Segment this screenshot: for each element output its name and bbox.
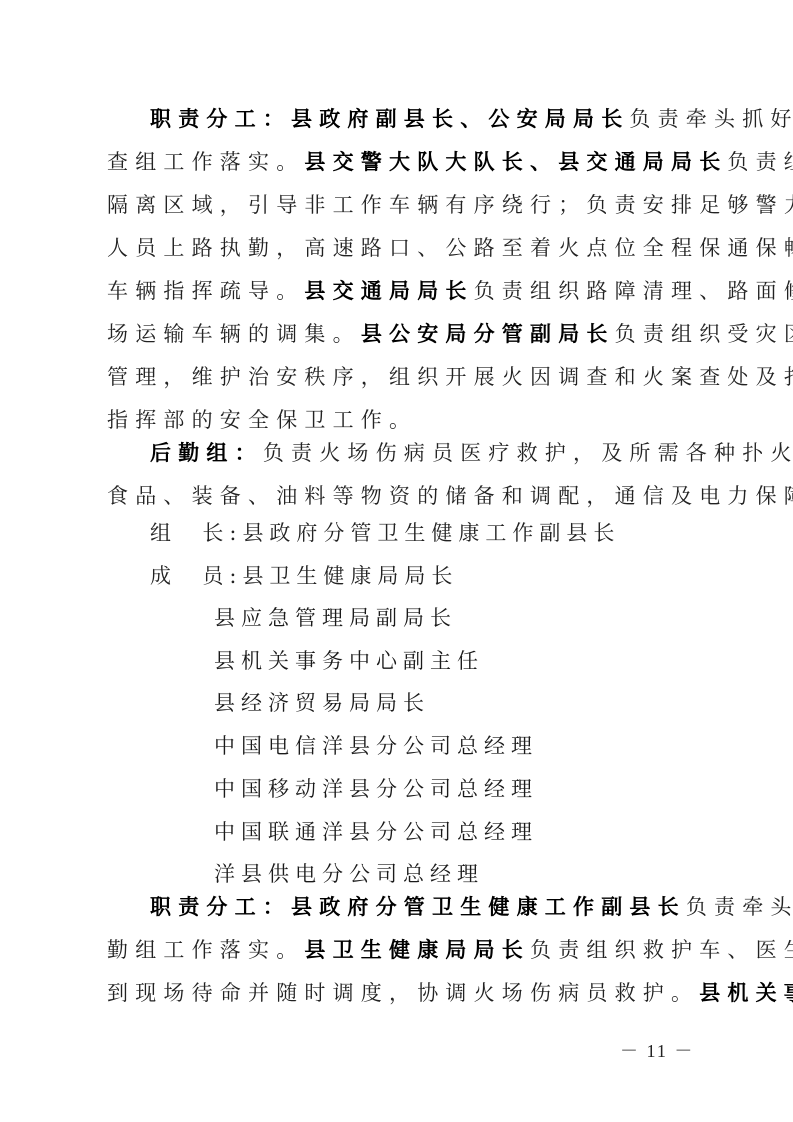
paragraph-line: 人员上路执勤，高速路口、公路至着火点位全程保通保畅，全程 xyxy=(107,235,793,261)
member-item: 县经济贸易局局长 xyxy=(214,690,430,716)
paragraph-line: 职责分工：县政府副县长、公安局局长负责牵头抓好交通调 xyxy=(150,106,793,132)
paragraph-line: 管理，维护治安秩序，组织开展火因调查和火案查处及扑火前线 xyxy=(107,364,793,390)
paragraph-line: 查组工作落实。县交警大队大队长、县交通局局长负责组织设立 xyxy=(107,149,793,175)
bold-text: 职责分工：县政府分管卫生健康工作副县长 xyxy=(150,894,686,919)
group-leader-value: 县政府分管卫生健康工作副县长 xyxy=(242,521,620,545)
member-item: 中国移动洋县分公司总经理 xyxy=(214,776,538,802)
section-heading: 后勤组： xyxy=(150,440,263,465)
member-item: 洋县供电分公司总经理 xyxy=(214,861,484,887)
paragraph-line: 到现场待命并随时调度，协调火场伤病员救护。县机关事务中心 xyxy=(107,980,793,1006)
body-text: 到现场待命并随时调度，协调火场伤病员救护。 xyxy=(107,981,699,1005)
members-label: 成 员: xyxy=(150,564,242,588)
bold-text: 县交通局局长 xyxy=(304,278,473,303)
member-item: 中国电信洋县分公司总经理 xyxy=(214,733,538,759)
body-text: 负责牵头抓好后 xyxy=(686,895,793,919)
paragraph-line: 后勤组：负责火场伤病员医疗救护，及所需各种扑火机具、 xyxy=(150,440,793,466)
member-item: 县应急管理局副局长 xyxy=(214,605,457,631)
bold-text: 县公安局分管副局长 xyxy=(361,321,615,346)
paragraph-line: 场运输车辆的调集。县公安局分管副局长负责组织受灾区域治安 xyxy=(107,321,793,347)
member-item: 县机关事务中心副主任 xyxy=(214,648,484,674)
body-text: 食品、装备、油料等物资的储备和调配，通信及电力保障等工作。 xyxy=(107,484,793,508)
body-text: 负责组织受灾区域治安 xyxy=(615,322,793,346)
paragraph-line: 车辆指挥疏导。县交通局局长负责组织路障清理、路面修复及火 xyxy=(107,278,793,304)
document-page: 职责分工：县政府副县长、公安局局长负责牵头抓好交通调 查组工作落实。县交警大队大… xyxy=(0,0,793,1122)
paragraph-line: 指挥部的安全保卫工作。 xyxy=(107,407,417,433)
body-text: 勤组工作落实。 xyxy=(107,938,304,962)
paragraph-line: 隔离区域，引导非工作车辆有序绕行；负责安排足够警力、执法 xyxy=(107,192,793,218)
members-line: 成 员:县卫生健康局局长 xyxy=(150,563,458,589)
body-text: 负责组织救护车、医生护士等 xyxy=(530,938,793,962)
paragraph-line: 职责分工：县政府分管卫生健康工作副县长负责牵头抓好后 xyxy=(150,894,793,920)
bold-text: 职责分工：县政府副县长、公安局局长 xyxy=(150,106,629,131)
bold-text: 县机关事务中心 xyxy=(699,980,793,1005)
member-item: 县卫生健康局局长 xyxy=(242,564,458,588)
paragraph-line: 食品、装备、油料等物资的储备和调配，通信及电力保障等工作。 xyxy=(107,483,793,509)
body-text: 人员上路执勤，高速路口、公路至着火点位全程保通保畅，全程 xyxy=(107,236,793,260)
body-text: 指挥部的安全保卫工作。 xyxy=(107,408,417,432)
bold-text: 县卫生健康局局长 xyxy=(304,937,530,962)
body-text: 负责组织设立 xyxy=(727,150,793,174)
body-text: 车辆指挥疏导。 xyxy=(107,279,304,303)
paragraph-line: 勤组工作落实。县卫生健康局局长负责组织救护车、医生护士等 xyxy=(107,937,793,963)
body-text: 场运输车辆的调集。 xyxy=(107,322,361,346)
group-leader-line: 组 长:县政府分管卫生健康工作副县长 xyxy=(150,520,620,546)
bold-text: 县交警大队大队长、县交通局局长 xyxy=(304,149,727,174)
group-leader-label: 组 长: xyxy=(150,521,242,545)
body-text: 查组工作落实。 xyxy=(107,150,304,174)
body-text: 管理，维护治安秩序，组织开展火因调查和火案查处及扑火前线 xyxy=(107,365,793,389)
body-text: 隔离区域，引导非工作车辆有序绕行；负责安排足够警力、执法 xyxy=(107,193,793,217)
page-number: － 11 － xyxy=(620,1037,694,1063)
body-text: 负责组织路障清理、路面修复及火 xyxy=(474,279,793,303)
body-text: 负责牵头抓好交通调 xyxy=(629,107,793,131)
body-text: 负责火场伤病员医疗救护，及所需各种扑火机具、 xyxy=(263,441,793,465)
member-item: 中国联通洋县分公司总经理 xyxy=(214,819,538,845)
